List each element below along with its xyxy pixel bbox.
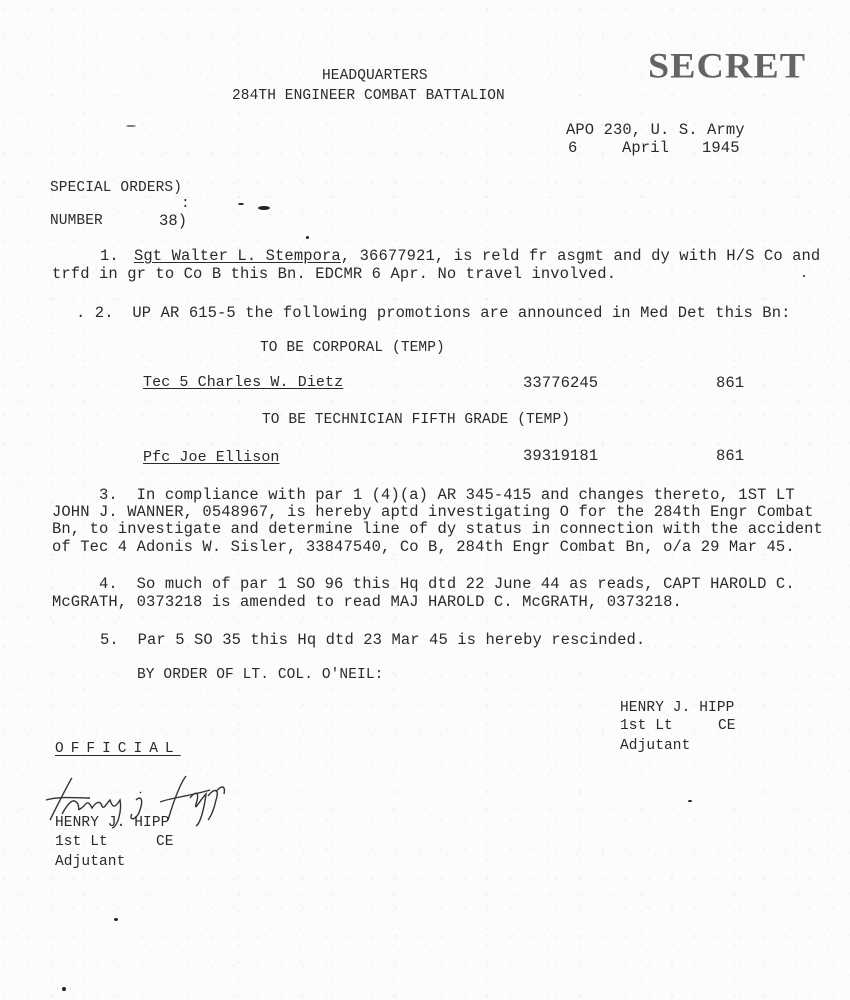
number-label: NUMBER (50, 213, 103, 229)
promotion-name: Pfc Joe Ellison (143, 450, 280, 466)
ink-speck (62, 987, 66, 991)
authority-line: BY ORDER OF LT. COL. O'NEIL: (137, 667, 383, 683)
official-label: OFFICIAL (55, 741, 181, 757)
ink-speck (114, 918, 118, 921)
header-date-day: 6 (568, 140, 577, 156)
header-date-month: April (622, 140, 669, 156)
promotion-name: Tec 5 Charles W. Dietz (143, 375, 343, 391)
official-rank: 1st Lt (55, 834, 108, 850)
signer-rank: 1st Lt (620, 718, 673, 734)
promotion-heading-corporal: TO BE CORPORAL (TEMP) (260, 340, 445, 356)
ink-speck (126, 125, 136, 127)
order-number: 38) (159, 213, 187, 229)
paragraph-5: 5. Par 5 SO 35 this Hq dtd 23 Mar 45 is … (100, 632, 645, 648)
secret-stamp: SECRET (648, 45, 806, 87)
paragraph-1-number: 1. (100, 248, 119, 264)
official-title: Adjutant (55, 854, 125, 870)
paragraph-2: . 2. UP AR 615-5 the following promotion… (76, 305, 791, 321)
ink-speck (803, 275, 805, 277)
paragraph-3-line-4: of Tec 4 Adonis W. Sisler, 33847540, Co … (52, 539, 795, 555)
paragraph-1-line-2: trfd in gr to Co B this Bn. EDCMR 6 Apr.… (52, 266, 616, 282)
paragraph-1: Sgt Walter L. Stempora, 36677921, is rel… (134, 248, 820, 264)
paragraph-3-line-3: Bn, to investigate and determine line of… (52, 521, 823, 537)
header-date-year: 1945 (702, 140, 740, 156)
promotion-serial: 39319181 (523, 448, 598, 464)
ink-speck (258, 206, 270, 210)
ink-speck (306, 236, 309, 239)
paragraph-3-line-2: JOHN J. WANNER, 0548967, is hereby aptd … (52, 504, 814, 520)
promotion-heading-tec5: TO BE TECHNICIAN FIFTH GRADE (TEMP) (262, 412, 570, 428)
paragraph-3-line-1: 3. In compliance with par 1 (4)(a) AR 34… (52, 487, 795, 503)
promotion-serial: 33776245 (523, 375, 598, 391)
transferred-soldier-name: Sgt Walter L. Stempora (134, 247, 341, 265)
paragraph-4-line-1: 4. So much of par 1 SO 96 this Hq dtd 22… (52, 576, 795, 592)
paragraph-4-line-2: McGRATH, 0373218 is amended to read MAJ … (52, 594, 682, 610)
official-name: HENRY J. HIPP (55, 815, 169, 831)
paragraph-1-text: , 36677921, is reld fr asgmt and dy with… (341, 247, 820, 265)
official-branch: CE (156, 834, 174, 850)
promotion-code: 861 (716, 448, 744, 464)
promotion-code: 861 (716, 375, 744, 391)
header-location: APO 230, U. S. Army (566, 122, 745, 138)
special-orders-label: SPECIAL ORDERS) (50, 180, 182, 196)
header-unit: 284TH ENGINEER COMBAT BATTALION (232, 88, 505, 104)
header-headquarters: HEADQUARTERS (322, 68, 428, 84)
signer-branch: CE (718, 718, 736, 734)
ink-speck (238, 203, 244, 205)
ink-speck (688, 800, 692, 802)
signer-name: HENRY J. HIPP (620, 700, 734, 716)
orders-colon: : (181, 196, 190, 212)
signer-title: Adjutant (620, 738, 690, 754)
